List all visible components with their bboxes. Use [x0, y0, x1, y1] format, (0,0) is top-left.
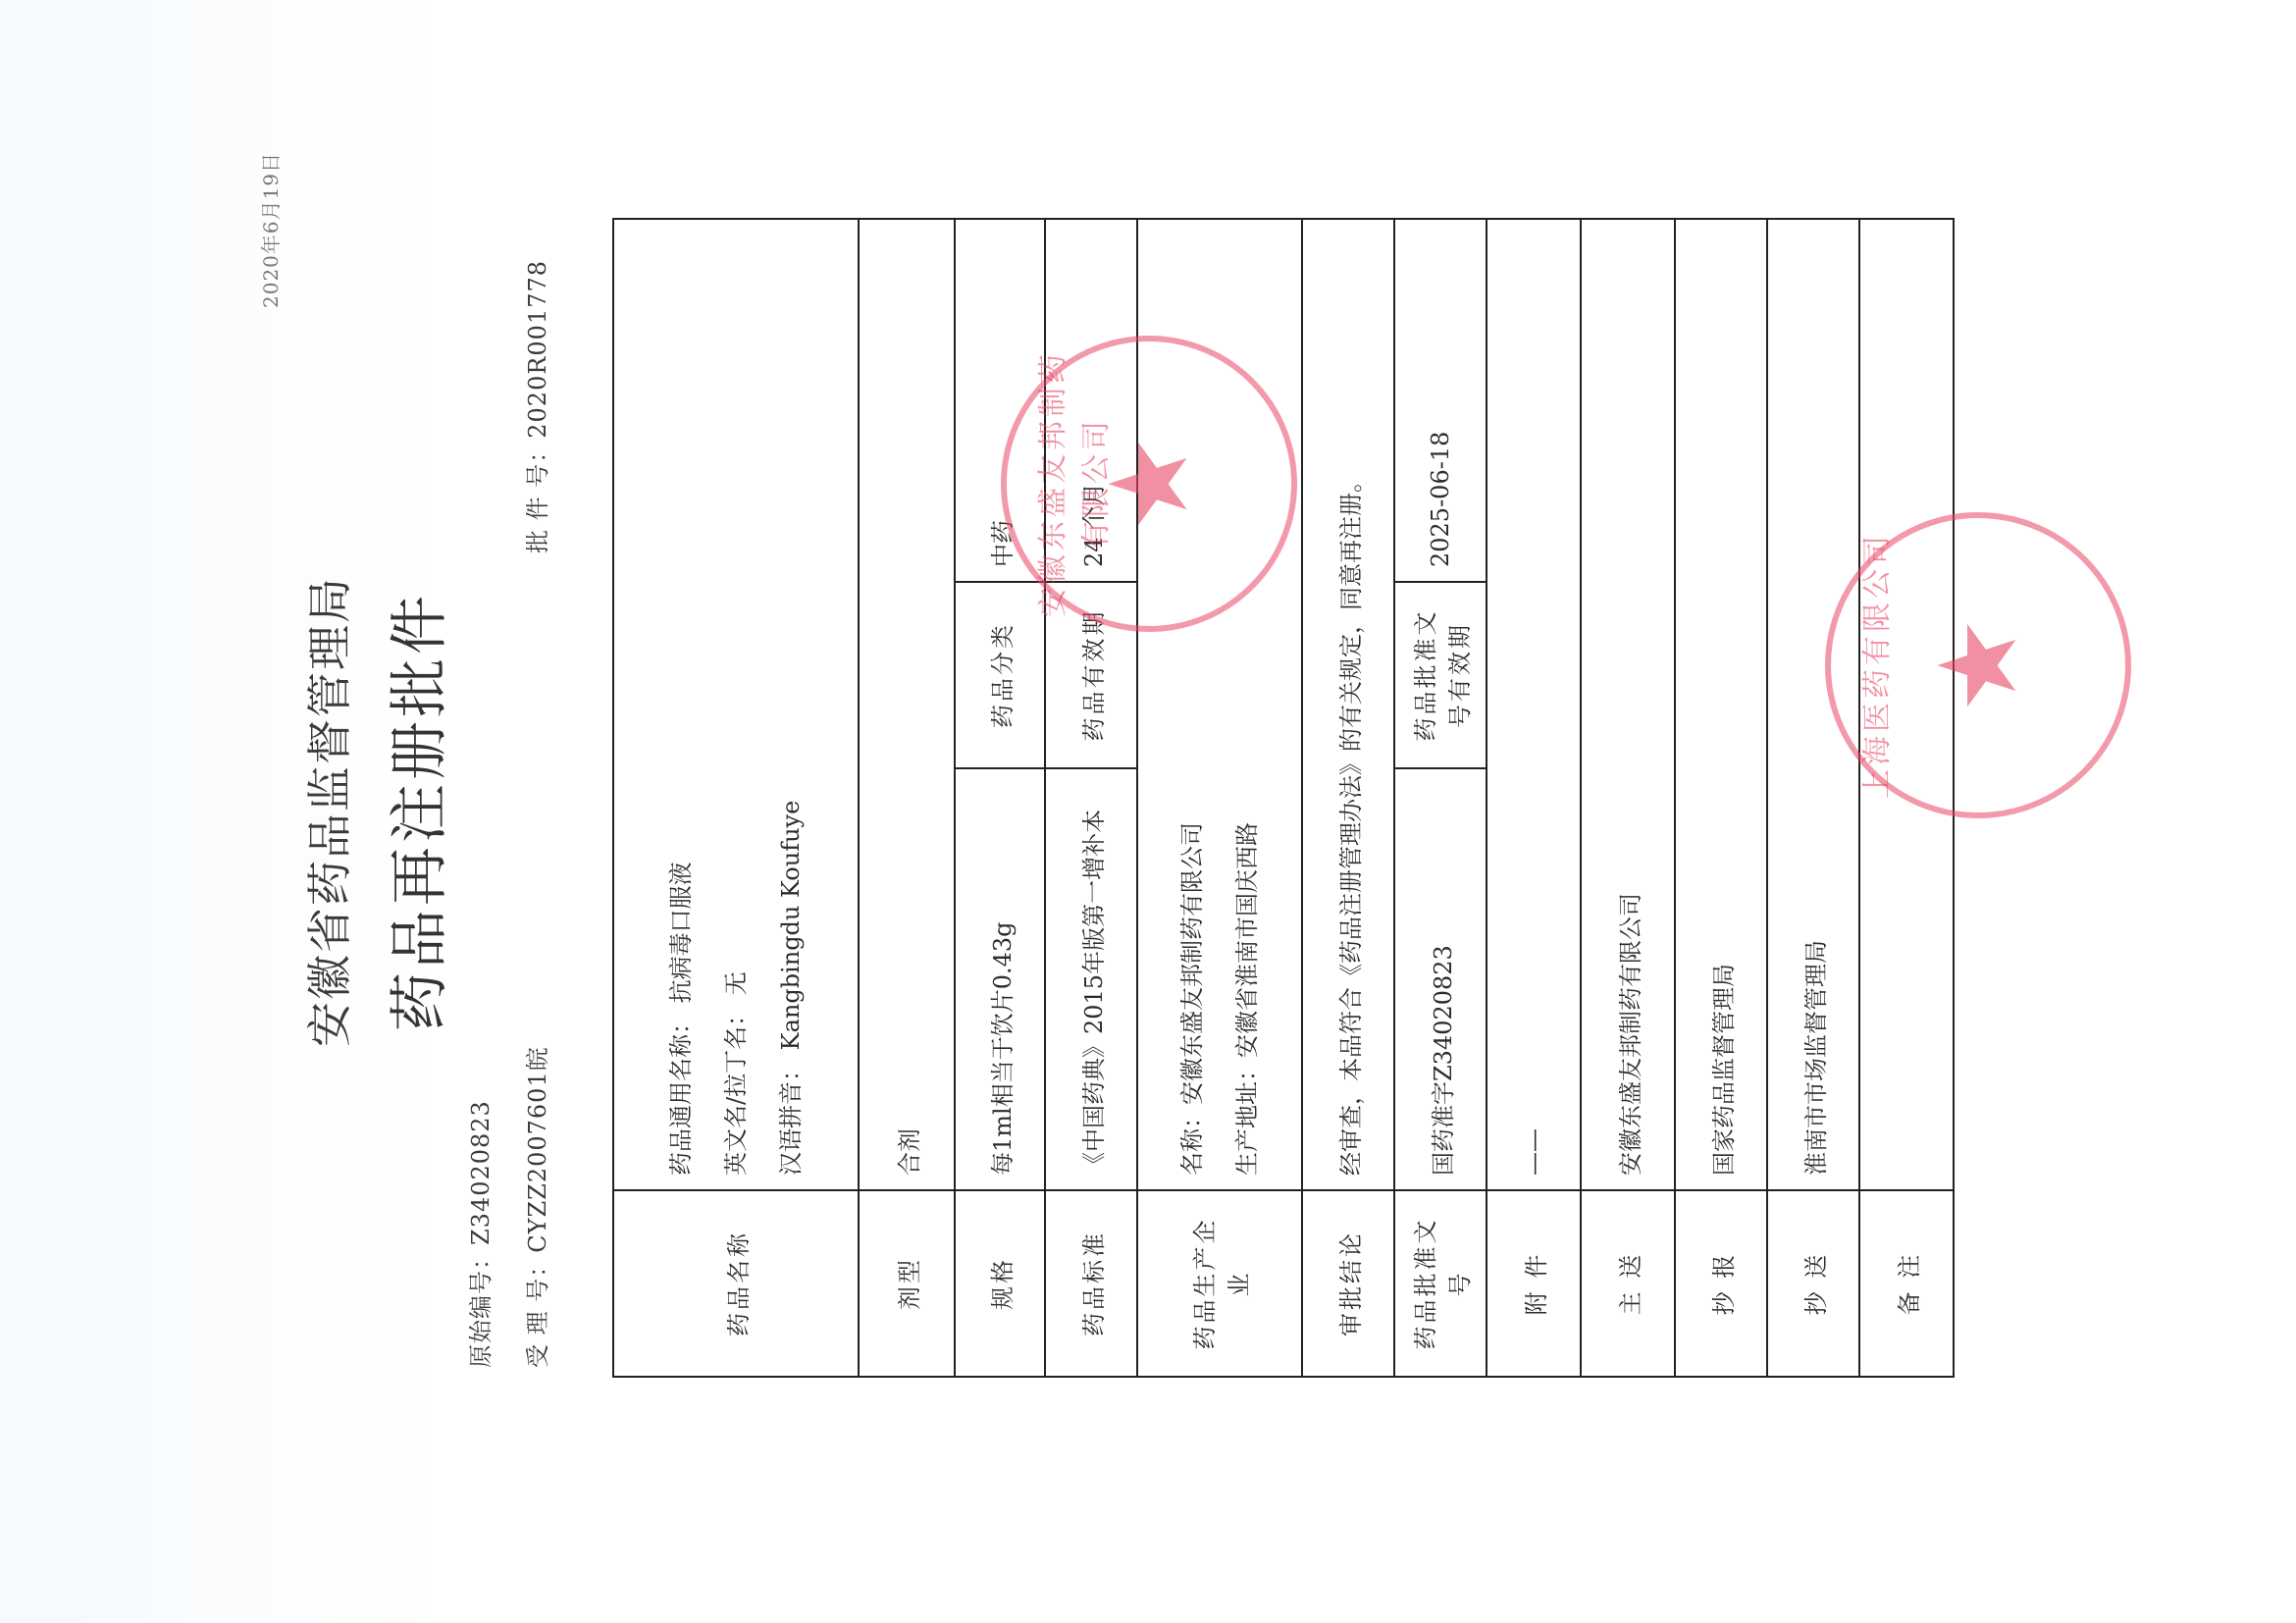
label-standard: 药品标准 — [1045, 1190, 1137, 1377]
generic-name-label: 药品通用名称： — [667, 1011, 695, 1176]
pinyin-value: Kangbingdu Koufuye — [777, 801, 805, 1051]
label-manufacturer: 药品生产企业 — [1137, 1190, 1302, 1377]
dosage-form-value: 合剂 — [859, 219, 955, 1190]
pinyin-label: 汉语拼音： — [777, 1058, 805, 1176]
row-drug-name: 药品名称 药品通用名称： 抗病毒口服液 英文名/拉丁名： 无 汉语拼音： Kan… — [613, 219, 859, 1377]
approval-validity-value: 2025-06-18 — [1394, 219, 1487, 582]
acceptance-number-label: 受 理 号： — [524, 1253, 551, 1368]
manufacturer-address-label: 生产地址： — [1233, 1058, 1261, 1176]
standard-value: 《中国药典》2015年版第一增补本 — [1045, 768, 1137, 1190]
original-number-value: Z34020823 — [467, 1100, 495, 1245]
main-recipient-value: 安徽东盛友邦制药有限公司 — [1581, 219, 1675, 1190]
star-icon: ★ — [1924, 617, 2032, 714]
approval-number-value: 2020R001778 — [524, 260, 551, 439]
label-dosage-form: 剂型 — [859, 1190, 955, 1377]
manufacturer-address-value: 安徽省淮南市国庆西路 — [1233, 822, 1261, 1058]
row-attachment: 附 件 —— — [1487, 219, 1581, 1377]
english-latin-name: 英文名/拉丁名： 无 — [708, 234, 763, 1176]
label-main-recipient: 主 送 — [1581, 1190, 1675, 1377]
label-specification: 规格 — [955, 1190, 1045, 1377]
label-drug-name: 药品名称 — [613, 1190, 859, 1377]
original-number-label: 原始编号： — [467, 1245, 495, 1368]
approval-document-number: 批 件 号：2020R001778 — [518, 260, 552, 553]
row-dosage-form: 剂型 合剂 — [859, 219, 955, 1377]
generic-name: 药品通用名称： 抗病毒口服液 — [653, 234, 708, 1176]
drug-name-cell: 药品通用名称： 抗病毒口服液 英文名/拉丁名： 无 汉语拼音： Kangbing… — [613, 219, 859, 1190]
manufacturer-name-value: 安徽东盛友邦制药有限公司 — [1178, 822, 1206, 1105]
label-attachment: 附 件 — [1487, 1190, 1581, 1377]
label-conclusion: 审批结论 — [1302, 1190, 1394, 1377]
company-seal-top: 安徽东盛友邦制药有限公司 ★ — [1001, 336, 1297, 632]
acceptance-number-value: CYZZ2007601皖 — [524, 1046, 551, 1252]
attachment-value: —— — [1487, 219, 1581, 1190]
issuing-agency: 安徽省药品监督管理局 — [294, 0, 359, 1623]
approval-document: 安徽省药品监督管理局 药品再注册批件 原始编号：Z34020823 受 理 号：… — [0, 0, 2296, 1623]
row-copy-to: 抄 送 淮南市市场监督管理局 — [1767, 219, 1859, 1377]
date-stamp: 2020年6月19日 — [255, 152, 284, 308]
approval-number-label: 批 件 号： — [524, 439, 551, 553]
company-seal-bottom: 上海医药有限公司 ★ — [1825, 512, 2131, 818]
seal-1-text: 安徽东盛友邦制药有限公司 — [1028, 341, 1115, 626]
specification-value: 每1ml相当于饮片0.43g — [955, 768, 1045, 1190]
row-approval-number: 药品批准文号 国药准字Z34020823 药品批准文号有效期 2025-06-1… — [1394, 219, 1487, 1377]
generic-name-value: 抗病毒口服液 — [667, 862, 695, 1003]
row-conclusion: 审批结论 经审查，本品符合《药品注册管理办法》的有关规定，同意再注册。 — [1302, 219, 1394, 1377]
label-approval-validity: 药品批准文号有效期 — [1394, 582, 1487, 768]
pinyin-name: 汉语拼音： Kangbingdu Koufuye — [763, 234, 818, 1176]
manufacturer-name-label: 名称： — [1178, 1105, 1206, 1176]
english-latin-label: 英文名/拉丁名： — [722, 1003, 750, 1176]
approval-form-table: 药品名称 药品通用名称： 抗病毒口服液 英文名/拉丁名： 无 汉语拼音： Kan… — [612, 218, 1955, 1378]
english-latin-value: 无 — [722, 971, 750, 995]
label-remarks: 备 注 — [1859, 1190, 1954, 1377]
document-title: 药品再注册批件 — [373, 0, 457, 1623]
label-approval-number: 药品批准文号 — [1394, 1190, 1487, 1377]
approval-number-value: 国药准字Z34020823 — [1394, 768, 1487, 1190]
report-to-value: 国家药品监督管理局 — [1675, 219, 1767, 1190]
seal-2-text: 上海医药有限公司 — [1852, 518, 1896, 812]
row-main-recipient: 主 送 安徽东盛友邦制药有限公司 — [1581, 219, 1675, 1377]
conclusion-value: 经审查，本品符合《药品注册管理办法》的有关规定，同意再注册。 — [1302, 219, 1394, 1190]
label-copy-to: 抄 送 — [1767, 1190, 1859, 1377]
original-number: 原始编号：Z34020823 — [461, 1100, 496, 1368]
label-report-to: 抄 报 — [1675, 1190, 1767, 1377]
row-report-to: 抄 报 国家药品监督管理局 — [1675, 219, 1767, 1377]
acceptance-number: 受 理 号：CYZZ2007601皖 — [518, 1046, 552, 1368]
